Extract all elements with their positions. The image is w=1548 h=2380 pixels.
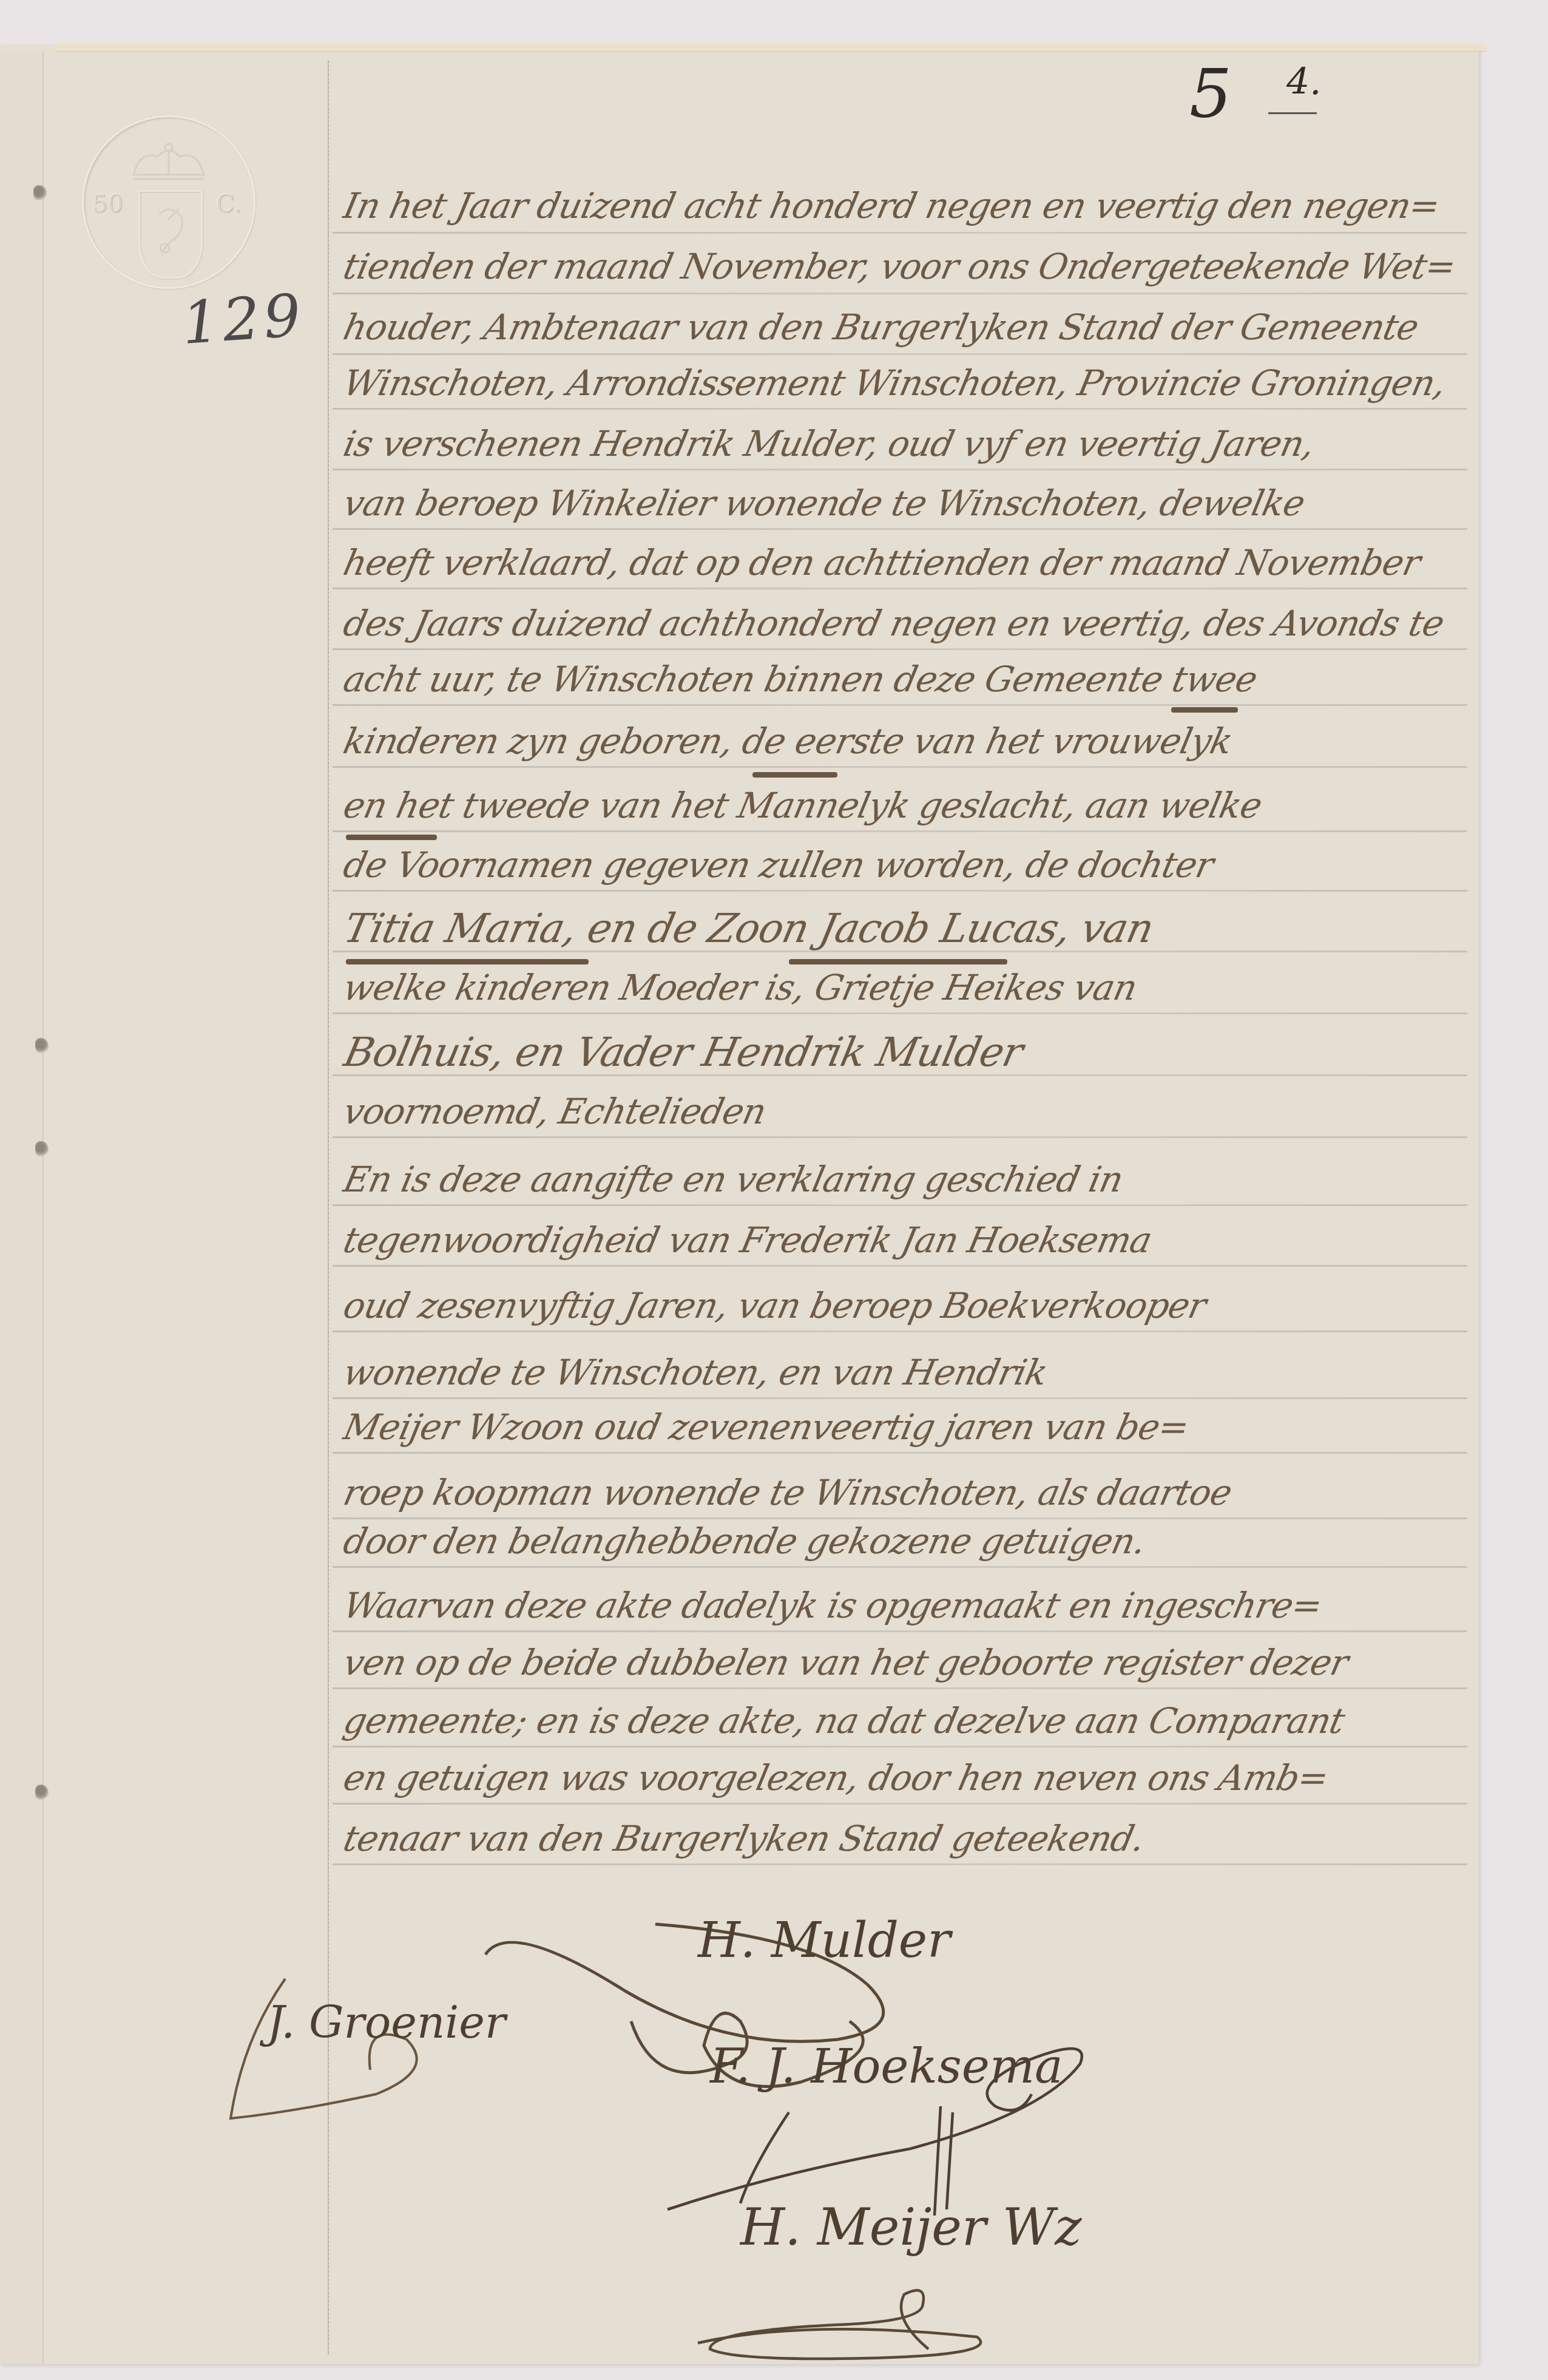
ruled-line — [333, 293, 1467, 294]
text-line: tienden der maand November, voor ons Ond… — [340, 246, 1477, 287]
embossed-tax-stamp: 50 C. — [82, 115, 255, 289]
ruled-line — [333, 1136, 1467, 1138]
ruled-line — [333, 1397, 1467, 1399]
ruled-line — [333, 1863, 1467, 1865]
signature-mulder: H. Mulder — [698, 1912, 950, 1968]
stamp-unit: C. — [216, 190, 242, 218]
signature-flourish-groenier — [218, 1967, 473, 2137]
text-line: door den belanghebbende gekozene getuige… — [340, 1521, 1477, 1562]
folio-page-number: 4. — [1286, 61, 1321, 103]
underline-tweede — [346, 835, 437, 840]
ruled-line — [333, 890, 1467, 892]
ruled-line — [333, 588, 1467, 589]
pencil-record-number: 129 — [180, 281, 306, 358]
ruled-line — [333, 830, 1467, 832]
text-line: En is deze aangifte en verklaring geschi… — [340, 1159, 1477, 1200]
ruled-line — [333, 528, 1467, 530]
text-line: des Jaars duizend achthonderd negen en v… — [340, 603, 1477, 644]
signature-groenier: J. Groenier — [267, 1997, 505, 2048]
ruled-line — [333, 766, 1467, 768]
text-line: Bolhuis, en Vader Hendrik Mulder — [340, 1029, 1478, 1076]
ruled-line — [333, 1204, 1467, 1206]
ruled-line — [333, 1012, 1467, 1014]
text-line: van beroep Winkelier wonende te Winschot… — [340, 483, 1477, 524]
text-line: tegenwoordigheid van Frederik Jan Hoekse… — [340, 1219, 1477, 1261]
text-line: tenaar van den Burgerlyken Stand geteeke… — [340, 1818, 1477, 1859]
text-line: Meijer Wzoon oud zevenenveertig jaren va… — [340, 1406, 1477, 1448]
ruled-line — [333, 469, 1467, 470]
underline-jacob-lucas — [789, 959, 1007, 965]
text-line: welke kinderen Moeder is, Grietje Heikes… — [340, 967, 1477, 1008]
ruled-line — [333, 1566, 1467, 1568]
ruled-line — [333, 1687, 1467, 1689]
ruled-line — [333, 1746, 1467, 1748]
ruled-line — [333, 408, 1467, 410]
binding-hole — [33, 185, 47, 201]
text-line: houder, Ambtenaar van den Burgerlyken St… — [340, 307, 1477, 348]
signature-meijer: H. Meijer Wz — [740, 2197, 1081, 2257]
text-line: acht uur, te Winschoten binnen deze Geme… — [340, 659, 1477, 700]
paper-top-edge — [55, 44, 1487, 52]
crown-icon — [127, 141, 210, 184]
ruled-line — [333, 1331, 1467, 1332]
ruled-line — [333, 353, 1467, 355]
binding-hole — [35, 1785, 49, 1800]
ruled-line — [333, 648, 1467, 650]
text-line: oud zesenvyftig Jaren, van beroep Boekve… — [340, 1285, 1477, 1326]
underline-titia-maria — [346, 959, 589, 965]
ruled-line — [333, 1265, 1467, 1267]
text-line: ven op de beide dubbelen van het geboort… — [340, 1642, 1477, 1683]
signature-flourish-meijer — [686, 2282, 1001, 2367]
underline-eerste — [752, 772, 837, 778]
text-line: de Voornamen gegeven zullen worden, de d… — [340, 844, 1477, 886]
text-line: In het Jaar duizend acht honderd negen e… — [340, 185, 1477, 226]
ruled-line — [333, 1517, 1467, 1519]
text-line: Titia Maria, en de Zoon Jacob Lucas, van — [340, 905, 1478, 952]
signature-hoeksema: F. J. Hoeksema — [710, 2039, 1063, 2094]
text-line: Winschoten, Arrondissement Winschoten, P… — [340, 362, 1477, 404]
ruled-line — [333, 1452, 1467, 1454]
ruled-line — [333, 1803, 1467, 1805]
text-line: Waarvan deze akte dadelyk is opgemaakt e… — [340, 1585, 1477, 1626]
text-line: roep koopman wonende te Winschoten, als … — [340, 1472, 1477, 1513]
text-line: kinderen zyn geboren, de eerste van het … — [340, 720, 1477, 762]
text-line: gemeente; en is deze akte, na dat dezelv… — [340, 1700, 1477, 1741]
binding-hole — [35, 1038, 49, 1054]
stamp-value: 50 — [92, 190, 123, 218]
ruled-line — [333, 1630, 1467, 1632]
binding-fold-strip — [0, 52, 44, 2364]
folio-sheet-number: 5 — [1189, 55, 1232, 132]
underline-twee — [1171, 707, 1238, 713]
folio-underline — [1268, 112, 1317, 114]
text-line: is verschenen Hendrik Mulder, oud vyf en… — [340, 423, 1477, 464]
ruled-line — [333, 704, 1467, 706]
text-line: heeft verklaard, dat op den achttienden … — [340, 542, 1477, 583]
binding-hole — [35, 1141, 49, 1157]
ruled-line — [333, 232, 1467, 234]
text-line: wonende te Winschoten, en van Hendrik — [340, 1352, 1477, 1393]
text-line: en getuigen was voorgelezen, door hen ne… — [340, 1757, 1477, 1799]
text-line: en het tweede van het Mannelyk geslacht,… — [340, 785, 1477, 826]
text-line: voornoemd, Echtelieden — [340, 1091, 1477, 1132]
coat-of-arms-icon — [138, 190, 203, 279]
